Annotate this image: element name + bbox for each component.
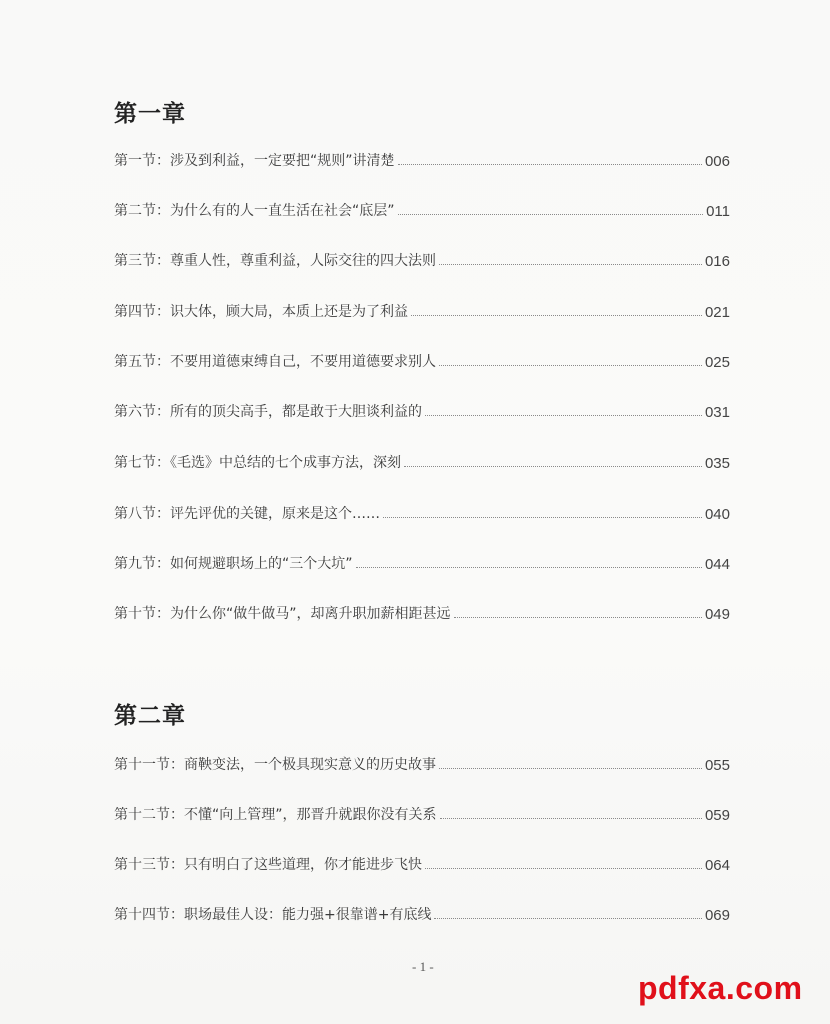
dot-leader (411, 315, 702, 316)
toc-entry-page: 055 (705, 757, 730, 774)
toc-entry-page: 031 (705, 404, 730, 421)
dot-leader (425, 415, 702, 416)
toc-entry-label: 第一节：涉及到利益，一定要把“规则”讲清楚 (114, 150, 395, 170)
toc-entry-page: 011 (706, 203, 730, 220)
toc-entry-label: 第十节：为什么你“做牛做马”，却离升职加薪相距甚远 (114, 603, 451, 623)
dot-leader (425, 868, 702, 869)
toc-entry-label: 第十三节：只有明白了这些道理，你才能进步飞快 (114, 854, 422, 874)
toc-entry-page: 016 (705, 253, 730, 270)
toc-entry-label: 第七节：《毛选》中总结的七个成事方法，深刻 (114, 452, 401, 472)
toc-entry-label: 第十一节：商鞅变法，一个极具现实意义的历史故事 (114, 754, 436, 774)
toc-entry-label: 第八节：评先评优的关键，原来是这个…… (114, 503, 380, 523)
toc-entry[interactable]: 第九节：如何规避职场上的“三个大坑” 044 (114, 551, 730, 573)
toc-entry-page: 069 (705, 907, 730, 924)
toc-entry-page: 021 (705, 304, 730, 321)
toc-entry-page: 025 (705, 354, 730, 371)
toc-entry[interactable]: 第十节：为什么你“做牛做马”，却离升职加薪相距甚远 049 (114, 601, 730, 623)
toc-entry[interactable]: 第一节：涉及到利益，一定要把“规则”讲清楚 006 (114, 148, 730, 170)
page-number: - 1 - (412, 959, 434, 975)
toc-entry[interactable]: 第五节：不要用道德束缚自己，不要用道德要求别人 025 (114, 349, 730, 371)
toc-entry[interactable]: 第四节：识大体，顾大局，本质上还是为了利益 021 (114, 299, 730, 321)
toc-entry[interactable]: 第十一节：商鞅变法，一个极具现实意义的历史故事 055 (114, 752, 730, 774)
toc-entry[interactable]: 第六节：所有的顶尖高手，都是敢于大胆谈利益的 031 (114, 399, 730, 421)
toc-entry[interactable]: 第二节：为什么有的人一直生活在社会“底层” 011 (114, 198, 730, 220)
toc-entry-label: 第十四节：职场最佳人设：能力强+很靠谱+有底线 (114, 904, 431, 924)
toc-entry-label: 第六节：所有的顶尖高手，都是敢于大胆谈利益的 (114, 401, 422, 421)
toc-entry-label: 第九节：如何规避职场上的“三个大坑” (114, 553, 353, 573)
document-page: 第一章 第一节：涉及到利益，一定要把“规则”讲清楚 006 第二节：为什么有的人… (0, 0, 830, 1024)
dot-leader (454, 617, 702, 618)
toc-entry-page: 059 (705, 807, 730, 824)
dot-leader (439, 365, 702, 366)
toc-entry[interactable]: 第十二节：不懂“向上管理”，那晋升就跟你没有关系 059 (114, 802, 730, 824)
toc-entry-page: 006 (705, 153, 730, 170)
dot-leader (383, 517, 702, 518)
dot-leader (440, 818, 702, 819)
dot-leader (404, 466, 702, 467)
toc-entry[interactable]: 第十三节：只有明白了这些道理，你才能进步飞快 064 (114, 852, 730, 874)
toc-entry[interactable]: 第十四节：职场最佳人设：能力强+很靠谱+有底线 069 (114, 902, 730, 924)
dot-leader (439, 264, 702, 265)
toc-entry-label: 第十二节：不懂“向上管理”，那晋升就跟你没有关系 (114, 804, 437, 824)
toc-entry-label: 第二节：为什么有的人一直生活在社会“底层” (114, 200, 395, 220)
toc-entry-page: 064 (705, 857, 730, 874)
chapter-title: 第一章 (114, 95, 186, 128)
dot-leader (398, 214, 704, 215)
toc-entry-page: 049 (705, 606, 730, 623)
toc-entry-label: 第五节：不要用道德束缚自己，不要用道德要求别人 (114, 351, 436, 371)
chapter-title: 第二章 (114, 697, 186, 730)
dot-leader (356, 567, 702, 568)
toc-entry[interactable]: 第八节：评先评优的关键，原来是这个…… 040 (114, 501, 730, 523)
watermark-logo: pdfxa.com (638, 970, 803, 1007)
toc-entry-page: 040 (705, 506, 730, 523)
dot-leader (434, 918, 702, 919)
toc-entry[interactable]: 第三节：尊重人性，尊重利益，人际交往的四大法则 016 (114, 248, 730, 270)
toc-entry-label: 第四节：识大体，顾大局，本质上还是为了利益 (114, 301, 408, 321)
toc-entry-label: 第三节：尊重人性，尊重利益，人际交往的四大法则 (114, 250, 436, 270)
toc-entry[interactable]: 第七节：《毛选》中总结的七个成事方法，深刻 035 (114, 450, 730, 472)
toc-entry-page: 044 (705, 556, 730, 573)
dot-leader (439, 768, 702, 769)
toc-entry-page: 035 (705, 455, 730, 472)
dot-leader (398, 164, 702, 165)
